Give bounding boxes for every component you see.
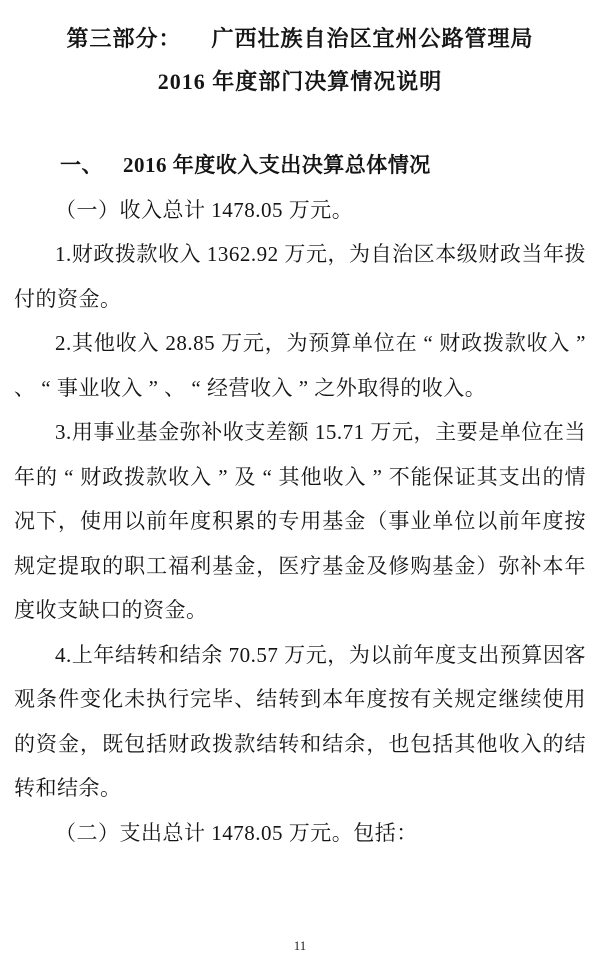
paragraph-fiscal-appropriation-income: 1.财政拨款收入 1362.92 万元，为自治区本级财政当年拨付的资金。 <box>14 232 586 321</box>
document-title-line2: 2016 年度部门决算情况说明 <box>14 67 586 97</box>
section-number-label: 一、 <box>60 153 103 177</box>
title-part-label: 第三部分： <box>66 26 181 51</box>
section-heading: 一、2016 年度收入支出决算总体情况 <box>14 143 586 188</box>
paragraph-expenditure-total: （二）支出总计 1478.05 万元。包括： <box>14 811 586 856</box>
section-heading-text: 2016 年度收入支出决算总体情况 <box>123 153 431 177</box>
paragraph-other-income: 2.其他收入 28.85 万元，为预算单位在 “ 财政拨款收入 ” 、 “ 事业… <box>14 321 586 410</box>
document-title-line1: 第三部分：广西壮族自治区宜州公路管理局 <box>14 24 586 54</box>
page-number: 11 <box>0 939 600 952</box>
paragraph-income-total: （一）收入总计 1478.05 万元。 <box>14 188 586 233</box>
title-part-name: 广西壮族自治区宜州公路管理局 <box>212 26 534 51</box>
paragraph-carryover-balance: 4.上年结转和结余 70.57 万元，为以前年度支出预算因客观条件变化未执行完毕… <box>14 633 586 811</box>
paragraph-fund-deficit-coverage: 3.用事业基金弥补收支差额 15.71 万元，主要是单位在当年的 “ 财政拨款收… <box>14 410 586 633</box>
document-page: 第三部分：广西壮族自治区宜州公路管理局 2016 年度部门决算情况说明 一、20… <box>0 0 600 968</box>
